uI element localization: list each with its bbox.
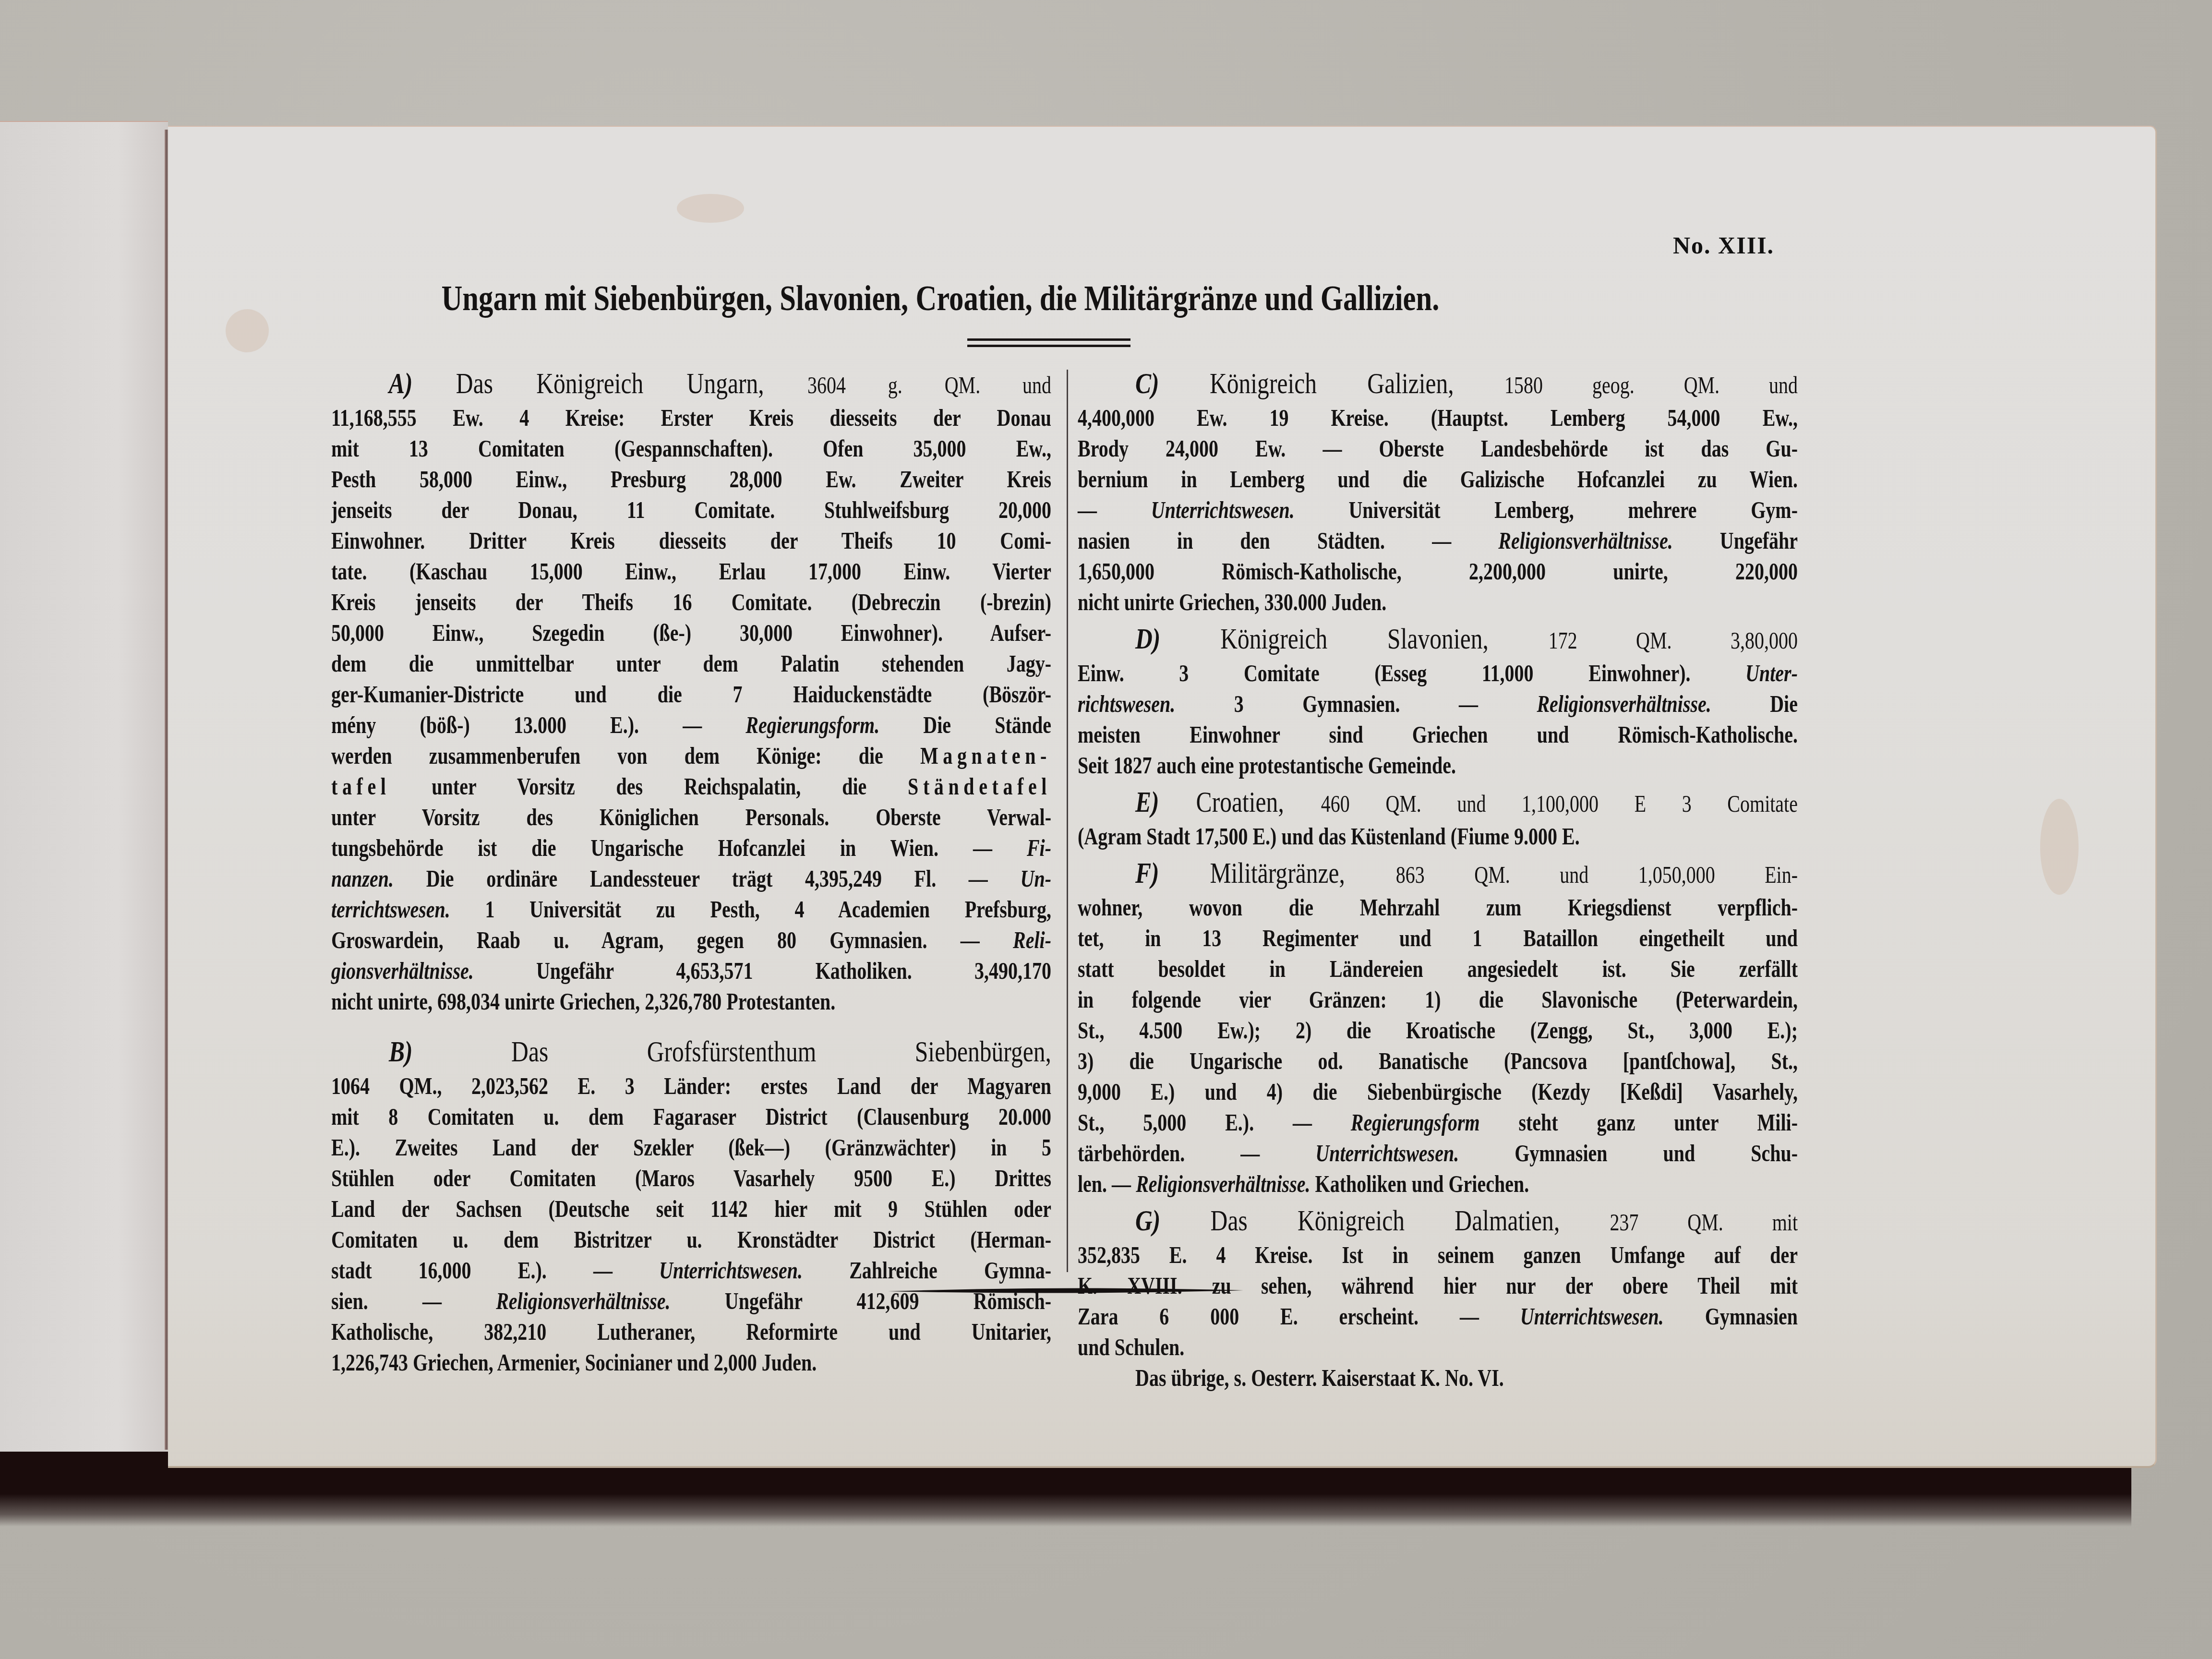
text-line: terrichtswesen. 1 Universität zu Pesth, … [331, 894, 1051, 925]
text-line: ger-Kumanier-Districte und die 7 Haiduck… [331, 679, 1051, 709]
text-segment: nasien in den Städten. — [1078, 527, 1498, 554]
text-line: 50,000 Einw., Szegedin (ße-) 30,000 Einw… [331, 617, 1051, 648]
section-heading: E) Croatien, 460 QM. und 1,100,000 E 3 C… [1078, 783, 1798, 821]
text-line: 9,000 E.) und 4) die Siebenbürgische (Ke… [1078, 1076, 1798, 1107]
text-line: 11,168,555 Ew. 4 Kreise: Erster Kreis di… [331, 402, 1051, 433]
paper-stain [677, 194, 744, 223]
text-line: 352,835 E. 4 Kreise. Ist in seinem ganze… [1078, 1239, 1798, 1270]
italic-text: Religionsverhältnisse. [1136, 1170, 1310, 1197]
text-line: Brody 24,000 Ew. — Oberste Landesbehörde… [1078, 433, 1798, 464]
text-segment: und Schulen. [1078, 1334, 1184, 1360]
text-segment: tate. (Kaschau 15,000 Einw., Erlau 17,00… [331, 558, 1051, 585]
italic-text: Unterrichtswesen. [1520, 1303, 1664, 1330]
text-segment: stadt 16,000 E.). — [331, 1257, 659, 1284]
text-segment: 3) die Ungarische od. Banatische (Pancso… [1078, 1047, 1798, 1074]
italic-text: Regierungsform [1351, 1109, 1480, 1136]
text-segment: 11,168,555 Ew. 4 Kreise: Erster Kreis di… [331, 404, 1051, 431]
text-line: Seit 1827 auch eine protestantische Geme… [1078, 750, 1798, 781]
text-segment: 3604 g. QM. und [807, 372, 1051, 398]
page-title: Ungarn mit Siebenbürgen, Slavonien, Croa… [370, 278, 1511, 319]
section-heading: G) Das Königreich Dalmatien, 237 QM. mit [1078, 1202, 1798, 1239]
text-segment: Die [1711, 690, 1798, 717]
text-segment: nicht unirte, 698,034 unirte Griechen, 2… [331, 988, 835, 1015]
text-line: 1,650,000 Römisch-Katholische, 2,200,000… [1078, 556, 1798, 587]
text-segment: Kreis jenseits der Theifs 16 Comitate. (… [331, 589, 1051, 615]
text-line: nicht unirte, 698,034 unirte Griechen, 2… [331, 986, 1051, 1017]
text-segment: Königreich Slavonien, [1160, 623, 1548, 655]
text-segment: tungsbehörde ist die Ungarische Hofcanzl… [331, 834, 1027, 861]
text-line: unter Vorsitz des Königlichen Personals.… [331, 802, 1051, 832]
text-segment: 460 QM. und 1,100,000 E 3 Comitate [1321, 790, 1798, 817]
text-line: dem die unmittelbar unter dem Palatin st… [331, 648, 1051, 679]
text-line: mény (böß-) 13.000 E.). — Regierungsform… [331, 709, 1051, 740]
text-line: 1064 QM., 2,023,562 E. 3 Länder: erstes … [331, 1070, 1051, 1101]
section-C: C) Königreich Galizien, 1580 geog. QM. u… [1078, 365, 1798, 617]
text-segment: (Agram Stadt 17,500 E.) und das Küstenla… [1078, 823, 1580, 850]
text-segment: Zara 6 000 E. erscheint. — [1078, 1303, 1520, 1330]
text-segment: werden zusammenberufen von dem Könige: d… [331, 742, 920, 769]
text-line: St., 4.500 Ew.); 2) die Kroatische (Zeng… [1078, 1015, 1798, 1046]
text-segment: Katholische, 382,210 Lutheraner, Reformi… [331, 1318, 1051, 1345]
text-segment: 352,835 E. 4 Kreise. Ist in seinem ganze… [1078, 1241, 1798, 1268]
text-segment: St., 4.500 Ew.); 2) die Kroatische (Zeng… [1078, 1017, 1798, 1044]
text-line: bernium in Lemberg und die Galizische Ho… [1078, 464, 1798, 494]
column-divider [1067, 370, 1068, 1272]
text-line: — Unterrichtswesen. Universität Lemberg,… [1078, 494, 1798, 525]
text-segment: unter Vorsitz des Reichspalatin, die [391, 773, 908, 800]
italic-text: B) [389, 1035, 413, 1068]
paper-stain [226, 309, 269, 352]
text-segment: Das Grofsfürstenthum Siebenbürgen, [413, 1035, 1051, 1068]
text-segment: meisten Einwohner sind Griechen und Römi… [1078, 721, 1798, 748]
text-line: tet, in 13 Regimenter und 1 Bataillon ei… [1078, 923, 1798, 953]
text-segment: St., 5,000 E.). — [1078, 1109, 1351, 1136]
italic-text: G) [1135, 1204, 1160, 1237]
text-line: Stühlen oder Comitaten (Maros Vasarhely … [331, 1163, 1051, 1193]
text-line: tungsbehörde ist die Ungarische Hofcanzl… [331, 832, 1051, 863]
text-segment: nicht unirte Griechen, 330.000 Juden. [1078, 589, 1386, 615]
text-line: gionsverhältnisse. Ungefähr 4,653,571 Ka… [331, 955, 1051, 986]
text-segment: Zahlreiche Gymna- [803, 1257, 1051, 1284]
text-line: len. — Religionsverhältnisse. Katholiken… [1078, 1168, 1798, 1199]
italic-text: Religionsverhältnisse. [1537, 690, 1711, 717]
text-segment: 50,000 Einw., Szegedin (ße-) 30,000 Einw… [331, 619, 1051, 646]
italic-text: F) [1135, 857, 1159, 890]
text-segment: Das Königreich Dalmatien, [1160, 1204, 1610, 1237]
text-segment: Croatien, [1159, 786, 1321, 818]
title-double-rule [967, 338, 1130, 348]
text-segment: 1,650,000 Römisch-Katholische, 2,200,000… [1078, 558, 1798, 585]
text-segment: Pesth 58,000 Einw., Presburg 28,000 Ew. … [331, 466, 1051, 493]
text-line: nanzen. Die ordinäre Landessteuer trägt … [331, 863, 1051, 894]
text-segment: 172 QM. 3,80,000 [1549, 627, 1798, 654]
text-segment: Militärgränze, [1159, 857, 1396, 890]
section-B: B) Das Grofsfürstenthum Siebenbürgen,106… [331, 1033, 1051, 1378]
italic-text: D) [1135, 623, 1160, 655]
text-segment: mit 13 Comitaten (Gespannschaften). Ofen… [331, 435, 1051, 462]
text-line: 1,226,743 Griechen, Armenier, Socinianer… [331, 1347, 1051, 1378]
bottom-tapered-rule [888, 1287, 1243, 1294]
text-segment: Groswardein, Raab u. Agram, gegen 80 Gym… [331, 926, 1013, 953]
text-segment: K. XVIII. zu sehen, während hier nur der… [1078, 1272, 1798, 1299]
text-line: Groswardein, Raab u. Agram, gegen 80 Gym… [331, 925, 1051, 955]
section-gap [331, 1017, 1051, 1033]
text-segment: 9,000 E.) und 4) die Siebenbürgische (Ke… [1078, 1078, 1798, 1105]
section-heading: F) Militärgränze, 863 QM. und 1,050,000 … [1078, 854, 1798, 892]
section-G: G) Das Königreich Dalmatien, 237 QM. mit… [1078, 1202, 1798, 1393]
text-line: Land der Sachsen (Deutsche seit 1142 hie… [331, 1193, 1051, 1224]
text-line: werden zusammenberufen von dem Könige: d… [331, 740, 1051, 771]
text-segment: mit 8 Comitaten u. dem Fagaraser Distric… [331, 1103, 1051, 1130]
text-line: statt besoldet in Ländereien angesiedelt… [1078, 953, 1798, 984]
italic-text: E) [1135, 786, 1159, 818]
italic-text: A) [389, 367, 413, 400]
text-segment: 237 QM. mit [1610, 1209, 1798, 1236]
section-A: A) Das Königreich Ungarn, 3604 g. QM. un… [331, 365, 1051, 1017]
italic-text: Regierungsform. [745, 711, 879, 738]
text-line: 4,400,000 Ew. 19 Kreise. (Hauptst. Lembe… [1078, 402, 1798, 433]
text-line: Einw. 3 Comitate (Esseg 11,000 Einwohner… [1078, 658, 1798, 688]
text-segment: unter Vorsitz des Königlichen Personals.… [331, 804, 1051, 830]
left-column: A) Das Königreich Ungarn, 3604 g. QM. un… [331, 365, 1051, 1378]
right-column: C) Königreich Galizien, 1580 geog. QM. u… [1078, 365, 1798, 1393]
text-line: tafel unter Vorsitz des Reichspalatin, d… [331, 771, 1051, 802]
text-segment: Comitaten u. dem Bistritzer u. Kronstädt… [331, 1226, 1051, 1253]
text-line: wohner, wovon die Mehrzahl zum Kriegsdie… [1078, 892, 1798, 923]
text-segment: Ungefähr [1673, 527, 1798, 554]
italic-text: terrichtswesen. [331, 896, 450, 923]
text-line: nicht unirte Griechen, 330.000 Juden. [1078, 587, 1798, 617]
text-segment: Einwohner. Dritter Kreis diesseits der T… [331, 527, 1051, 554]
text-segment: Das Königreich Ungarn, [413, 367, 807, 400]
section-heading: C) Königreich Galizien, 1580 geog. QM. u… [1078, 365, 1798, 402]
text-segment: tärbehörden. — [1078, 1140, 1315, 1166]
text-segment: Brody 24,000 Ew. — Oberste Landesbehörde… [1078, 435, 1798, 462]
text-segment: len. — [1078, 1170, 1136, 1197]
text-line: Comitaten u. dem Bistritzer u. Kronstädt… [331, 1224, 1051, 1255]
text-line: K. XVIII. zu sehen, während hier nur der… [1078, 1270, 1798, 1301]
text-segment: Gymnasien und Schu- [1459, 1140, 1798, 1166]
text-segment: — [1078, 496, 1151, 523]
text-segment: sien. — [331, 1287, 496, 1314]
section-heading: A) Das Königreich Ungarn, 3604 g. QM. un… [331, 365, 1051, 402]
text-line: (Agram Stadt 17,500 E.) und das Küstenla… [1078, 821, 1798, 852]
text-segment: in folgende vier Gränzen: 1) die Slavoni… [1078, 986, 1798, 1013]
italic-text: C) [1135, 367, 1159, 400]
text-line: 3) die Ungarische od. Banatische (Pancso… [1078, 1046, 1798, 1076]
section-heading: B) Das Grofsfürstenthum Siebenbürgen, [331, 1033, 1051, 1070]
text-line: Einwohner. Dritter Kreis diesseits der T… [331, 525, 1051, 556]
text-line: tärbehörden. — Unterrichtswesen. Gymnasi… [1078, 1138, 1798, 1168]
text-segment: Stühlen oder Comitaten (Maros Vasarhely … [331, 1165, 1051, 1191]
text-segment: Gymnasien [1664, 1303, 1798, 1330]
text-segment: mény (böß-) 13.000 E.). — [331, 711, 745, 738]
reference-note: Das übrige, s. Oesterr. Kaiserstaat K. N… [1078, 1362, 1798, 1393]
text-segment: Katholiken und Griechen. [1310, 1170, 1529, 1197]
italic-text: Un- [1021, 865, 1051, 892]
text-segment: 1 Universität zu Pesth, 4 Academien Pref… [450, 896, 1051, 923]
text-segment: Ungefähr 4,653,571 Katholiken. 3,490,170 [474, 957, 1051, 984]
text-segment: 1,226,743 Griechen, Armenier, Socinianer… [331, 1349, 817, 1376]
text-line: in folgende vier Gränzen: 1) die Slavoni… [1078, 984, 1798, 1015]
text-line: meisten Einwohner sind Griechen und Römi… [1078, 719, 1798, 750]
text-segment: ger-Kumanier-Districte und die 7 Haiduck… [331, 681, 1051, 708]
text-segment: tet, in 13 Regimenter und 1 Bataillon ei… [1078, 925, 1798, 951]
text-segment: steht ganz unter Mili- [1480, 1109, 1798, 1136]
italic-text: richtswesen. [1078, 690, 1175, 717]
left-page [0, 121, 168, 1452]
text-line: E.). Zweites Land der Szekler (ßek—) (Gr… [331, 1132, 1051, 1163]
text-line: jenseits der Donau, 11 Comitate. Stuhlwe… [331, 494, 1051, 525]
text-segment: Das übrige, s. Oesterr. Kaiserstaat K. N… [1135, 1364, 1504, 1391]
italic-text: Fi- [1027, 834, 1051, 861]
paper-stain [2040, 799, 2079, 895]
section-E: E) Croatien, 460 QM. und 1,100,000 E 3 C… [1078, 783, 1798, 852]
section-D: D) Königreich Slavonien, 172 QM. 3,80,00… [1078, 620, 1798, 781]
text-line: Katholische, 382,210 Lutheraner, Reformi… [331, 1316, 1051, 1347]
text-segment: Land der Sachsen (Deutsche seit 1142 hie… [331, 1195, 1051, 1222]
italic-text: Religionsverhältnisse. [1498, 527, 1672, 554]
text-segment: 1580 geog. QM. und [1504, 372, 1798, 398]
text-line: und Schulen. [1078, 1332, 1798, 1362]
text-line: nasien in den Städten. — Religionsverhäl… [1078, 525, 1798, 556]
text-segment: 863 QM. und 1,050,000 Ein- [1396, 861, 1798, 888]
text-segment: statt besoldet in Ländereien angesiedelt… [1078, 955, 1798, 982]
italic-text: Reli- [1013, 926, 1051, 953]
text-segment: Magnaten- [920, 742, 1051, 769]
text-segment: 1064 QM., 2,023,562 E. 3 Länder: erstes … [331, 1072, 1051, 1099]
italic-text: nanzen. [331, 865, 394, 892]
section-F: F) Militärgränze, 863 QM. und 1,050,000 … [1078, 854, 1798, 1199]
text-segment: dem die unmittelbar unter dem Palatin st… [331, 650, 1051, 677]
italic-text: Unter- [1745, 660, 1798, 686]
page-number: No. XIII. [1673, 231, 1774, 259]
text-segment: 3 Gymnasien. — [1175, 690, 1537, 717]
text-segment: Universität Lemberg, mehrere Gym- [1295, 496, 1798, 523]
italic-text: gionsverhältnisse. [331, 957, 474, 984]
text-segment: Die Stände [879, 711, 1051, 738]
text-segment: tafel [331, 773, 391, 800]
text-segment: Einw. 3 Comitate (Esseg 11,000 Einwohner… [1078, 660, 1745, 686]
text-segment: 4,400,000 Ew. 19 Kreise. (Hauptst. Lembe… [1078, 404, 1798, 431]
text-segment: Ständetafel [908, 773, 1051, 800]
text-line: richtswesen. 3 Gymnasien. — Religionsver… [1078, 688, 1798, 719]
text-line: Kreis jenseits der Theifs 16 Comitate. (… [331, 587, 1051, 617]
text-segment: wohner, wovon die Mehrzahl zum Kriegsdie… [1078, 894, 1798, 921]
text-segment: jenseits der Donau, 11 Comitate. Stuhlwe… [331, 496, 1051, 523]
text-segment: bernium in Lemberg und die Galizische Ho… [1078, 466, 1798, 493]
text-line: mit 13 Comitaten (Gespannschaften). Ofen… [331, 433, 1051, 464]
italic-text: Unterrichtswesen. [1315, 1140, 1459, 1166]
italic-text: Unterrichtswesen. [1151, 496, 1295, 523]
section-heading: D) Königreich Slavonien, 172 QM. 3,80,00… [1078, 620, 1798, 658]
text-line: Pesth 58,000 Einw., Presburg 28,000 Ew. … [331, 464, 1051, 494]
italic-text: Religionsverhältnisse. [496, 1287, 670, 1314]
text-segment: Königreich Galizien, [1159, 367, 1504, 400]
text-line: tate. (Kaschau 15,000 Einw., Erlau 17,00… [331, 556, 1051, 587]
text-line: stadt 16,000 E.). — Unterrichtswesen. Za… [331, 1255, 1051, 1286]
text-segment: Die ordinäre Landessteuer trägt 4,395,24… [394, 865, 1020, 892]
italic-text: Unterrichtswesen. [659, 1257, 803, 1284]
text-line: Zara 6 000 E. erscheint. — Unterrichtswe… [1078, 1301, 1798, 1332]
text-line: St., 5,000 E.). — Regierungsform steht g… [1078, 1107, 1798, 1138]
text-segment: E.). Zweites Land der Szekler (ßek—) (Gr… [331, 1134, 1051, 1161]
text-line: mit 8 Comitaten u. dem Fagaraser Distric… [331, 1101, 1051, 1132]
text-segment: Seit 1827 auch eine protestantische Geme… [1078, 752, 1456, 779]
